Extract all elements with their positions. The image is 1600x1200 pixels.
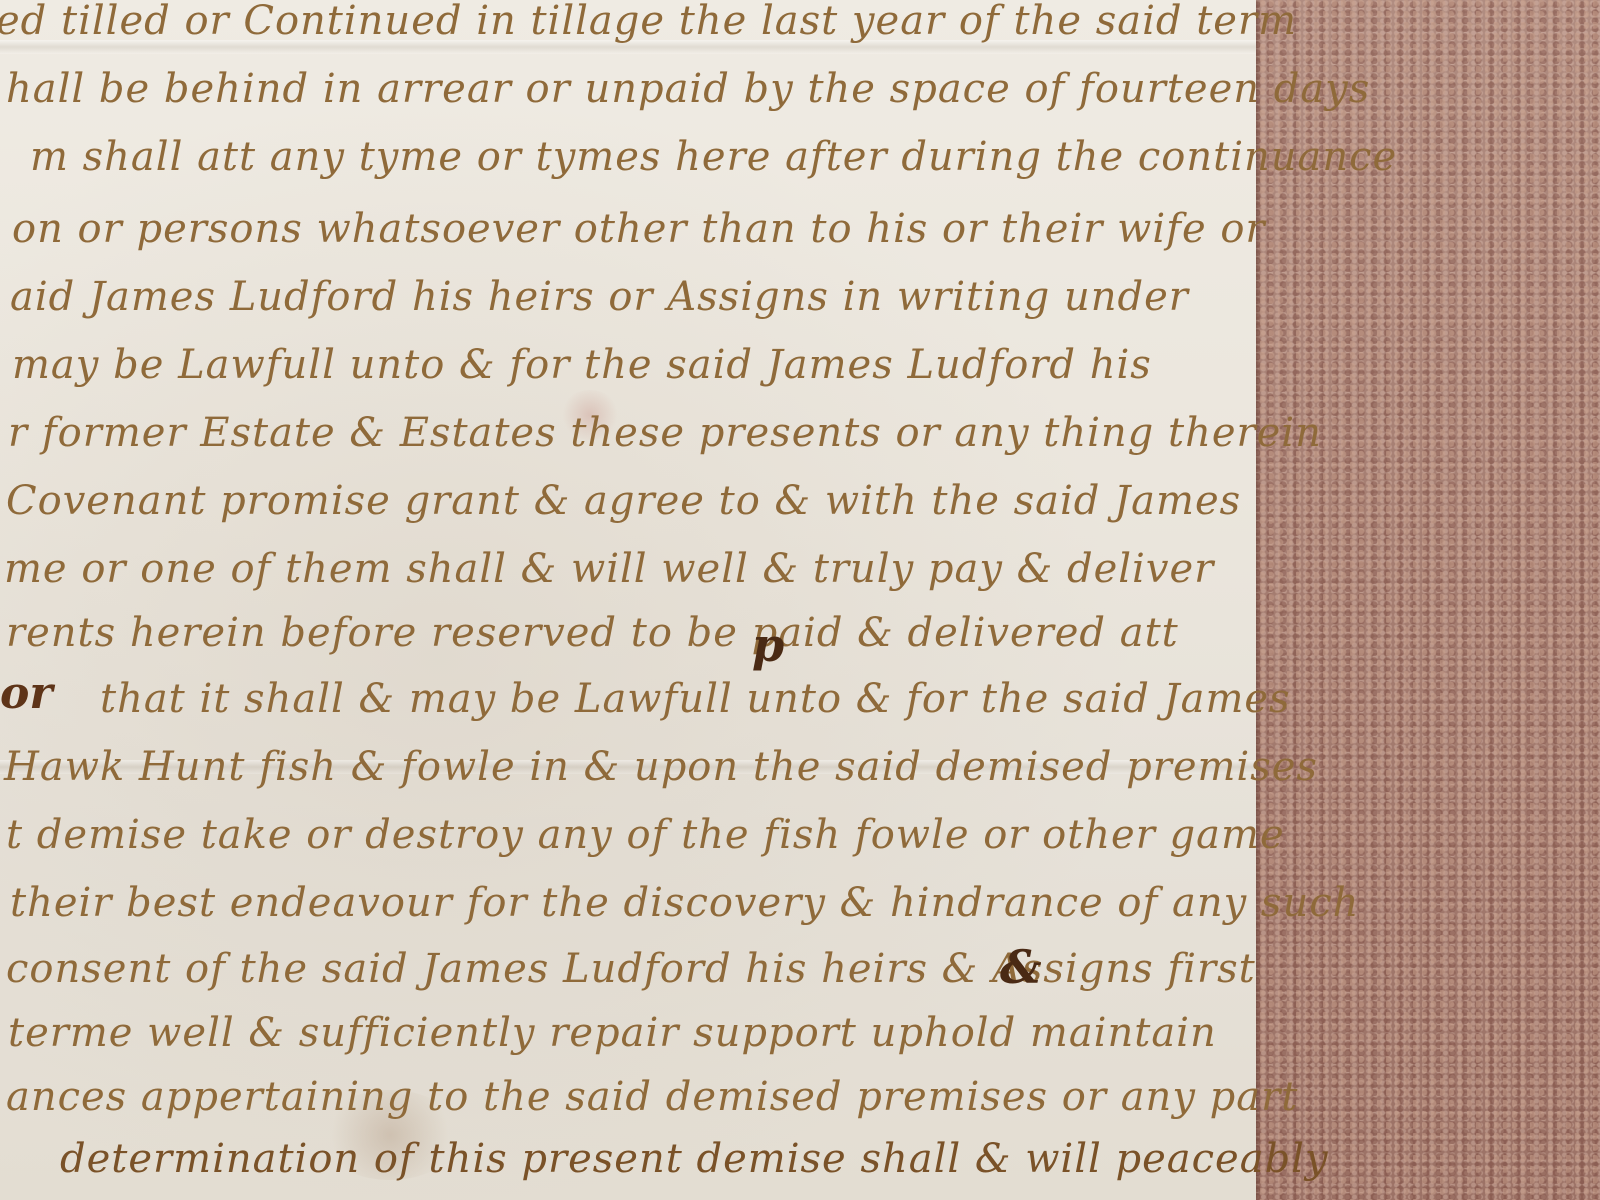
text-line: r former Estate & Estates these presents… bbox=[8, 410, 1322, 456]
text-line: may be Lawfull unto & for the said James… bbox=[12, 342, 1152, 388]
correction-mark: & bbox=[1000, 940, 1042, 994]
text-line: Covenant promise grant & agree to & with… bbox=[6, 478, 1241, 524]
text-line: their best endeavour for the discovery &… bbox=[10, 880, 1359, 926]
text-line: t demise take or destroy any of the fish… bbox=[6, 812, 1285, 858]
text-line: aid James Ludford his heirs or Assigns i… bbox=[10, 274, 1189, 320]
parchment-document: ed tilled or Continued in tillage the la… bbox=[0, 0, 1256, 1200]
text-line: consent of the said James Ludford his he… bbox=[6, 946, 1256, 992]
text-line: ances appertaining to the said demised p… bbox=[6, 1074, 1298, 1120]
text-line: terme well & sufficiently repair support… bbox=[8, 1010, 1217, 1056]
marginal-initial: or bbox=[0, 668, 53, 719]
text-line: m shall att any tyme or tymes here after… bbox=[30, 134, 1397, 180]
correction-mark: p bbox=[752, 618, 784, 672]
text-line: hall be behind in arrear or unpaid by th… bbox=[6, 66, 1370, 112]
text-line: me or one of them shall & will well & tr… bbox=[4, 546, 1214, 592]
handwritten-text: ed tilled or Continued in tillage the la… bbox=[0, 0, 1256, 1200]
text-line: ed tilled or Continued in tillage the la… bbox=[0, 0, 1297, 44]
text-line: that it shall & may be Lawfull unto & fo… bbox=[100, 676, 1291, 722]
text-line: rents herein before reserved to be paid … bbox=[6, 610, 1179, 656]
text-line: determination of this present demise sha… bbox=[60, 1136, 1329, 1182]
text-line: Hawk Hunt fish & fowle in & upon the sai… bbox=[4, 744, 1318, 790]
text-line: on or persons whatsoever other than to h… bbox=[12, 206, 1266, 252]
